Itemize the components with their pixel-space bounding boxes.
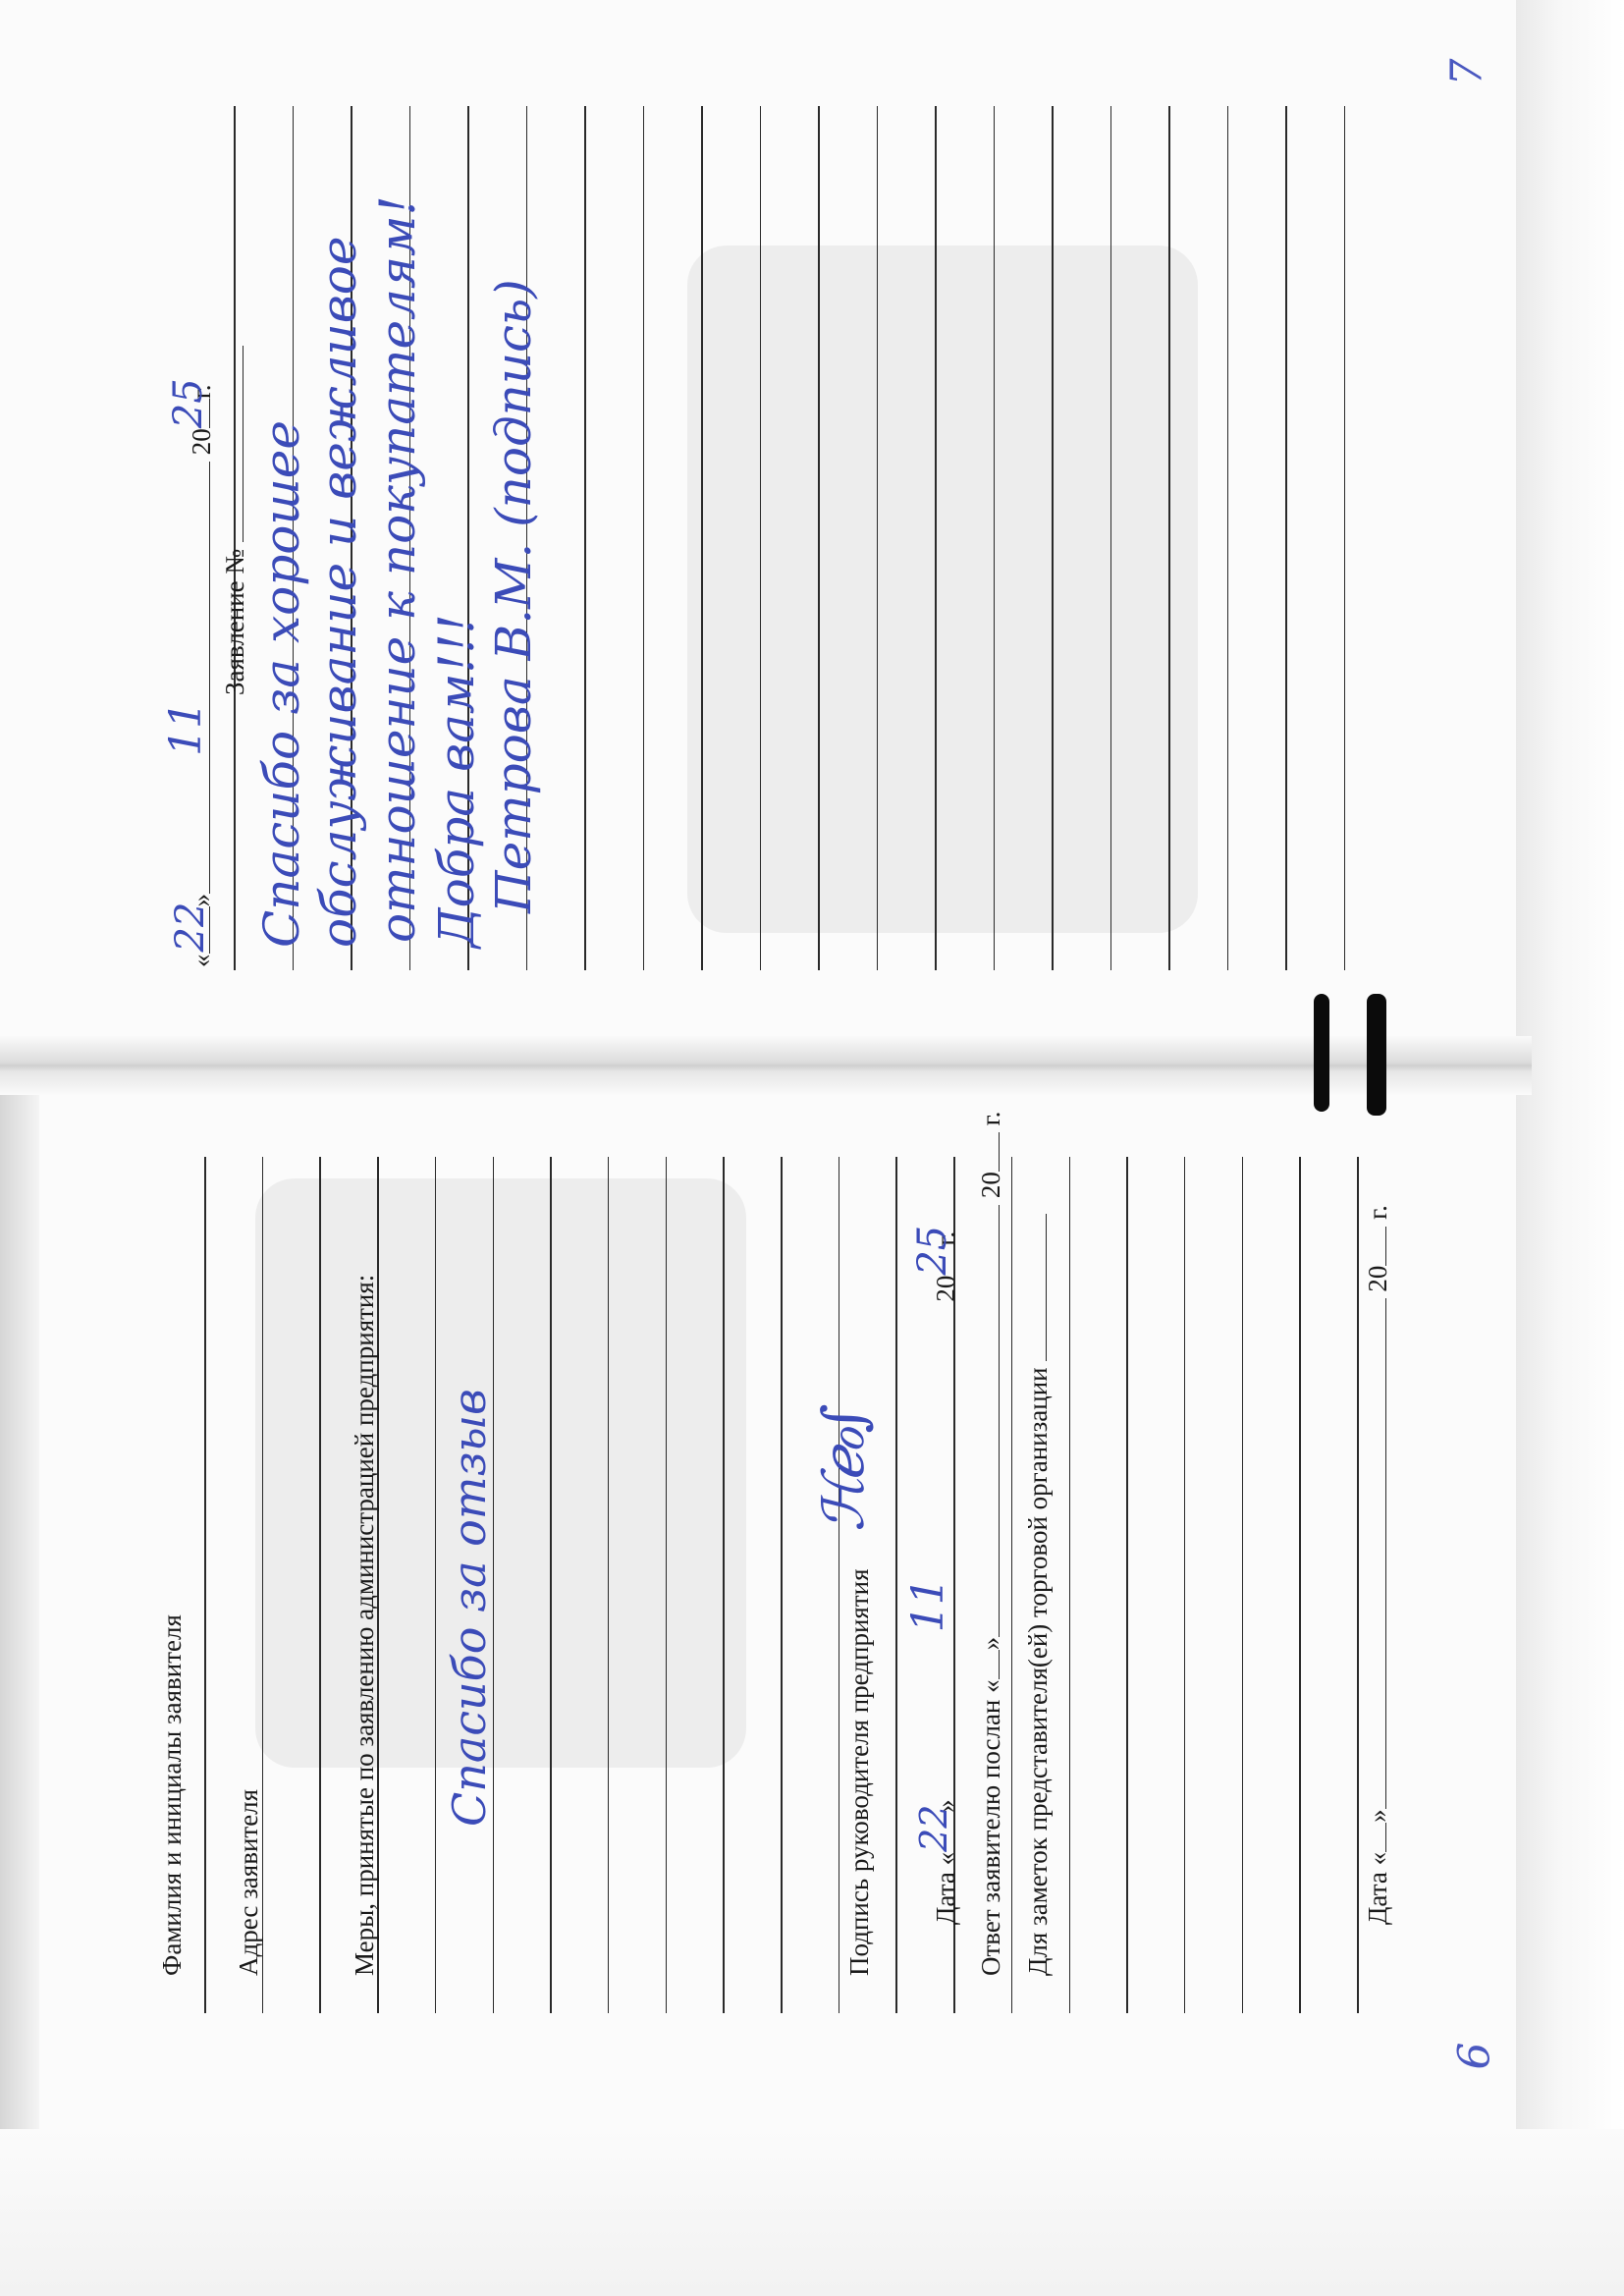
measures-handwritten-value: Спасибо за отзыв xyxy=(447,1389,492,1827)
response-date-line: Дата «22»11 2025г. xyxy=(933,1231,959,1925)
bleed-through-marks xyxy=(687,246,1198,933)
ruled-line xyxy=(1011,1157,1013,2013)
statement-date-header: «22»11 2025г. xyxy=(189,384,215,967)
ruled-line xyxy=(204,1157,206,2013)
page-number-right: 7 xyxy=(1442,59,1492,86)
ruled-line xyxy=(608,1157,610,2013)
ruled-line xyxy=(1168,106,1170,970)
ruled-line xyxy=(666,1157,668,2013)
ruled-line xyxy=(1126,1157,1128,2013)
ruled-line xyxy=(701,106,703,970)
ruled-line xyxy=(1052,106,1054,970)
ruled-line xyxy=(895,1157,897,2013)
ruled-line xyxy=(584,106,586,970)
ruled-line xyxy=(1344,106,1346,970)
statement-number-label: Заявление № xyxy=(222,346,248,695)
ruled-line xyxy=(1069,1157,1071,2013)
ruled-line xyxy=(1285,106,1287,970)
ruled-line xyxy=(781,1157,783,2013)
ruled-line xyxy=(818,106,820,970)
ruled-line xyxy=(435,1157,437,2013)
ruled-line xyxy=(550,1157,552,2013)
ruled-line xyxy=(723,1157,725,2013)
applicant-name-label: Фамилия и инициалы заявителя xyxy=(159,1614,186,1976)
page-edge-shadow xyxy=(0,1036,39,2296)
measures-label: Меры, принятые по заявлению администраци… xyxy=(352,1275,378,1976)
ruled-line xyxy=(1357,1157,1359,2013)
book-spine xyxy=(0,1036,1532,1095)
bleed-through-marks xyxy=(255,1178,746,1768)
manager-signature: ℋℯℴ∫ xyxy=(815,1409,872,1532)
ruled-line xyxy=(1227,106,1229,970)
page-number-left: 6 xyxy=(1450,2043,1500,2070)
ruled-line xyxy=(643,106,645,970)
ruled-line xyxy=(877,106,879,970)
reply-sent-line: Ответ заявителю послан «» 20 г. xyxy=(978,1112,1004,1976)
manager-signature-label: Подпись руководителя предприятия xyxy=(846,1569,873,1977)
ruled-line xyxy=(760,106,762,970)
statement-line: Петрова В.М. (подпись) xyxy=(489,279,538,913)
date-month-field: 11 xyxy=(208,462,210,894)
ruled-line xyxy=(1242,1157,1244,2013)
book-edge-shadow xyxy=(1516,0,1624,2296)
date-year-field: 25 xyxy=(208,399,210,428)
ruled-line xyxy=(1299,1157,1301,2013)
ruled-line xyxy=(935,106,937,970)
notes-label: Для заметок представителя(ей) торговой о… xyxy=(1025,1214,1052,1976)
bottom-margin xyxy=(0,2129,1624,2296)
statement-line: Спасибо за хорошее xyxy=(257,420,306,948)
ruled-line xyxy=(1184,1157,1186,2013)
notes-date-line: Дата «» 20 г. xyxy=(1365,1205,1391,1925)
statement-line: отношение к покупателям! xyxy=(373,195,422,943)
ruled-line xyxy=(994,106,996,970)
applicant-address-label: Адрес заявителя xyxy=(236,1789,262,1976)
ruled-line xyxy=(1110,106,1112,970)
binding-staple xyxy=(1314,994,1329,1112)
statement-number-field xyxy=(242,346,244,542)
binding-staple xyxy=(1367,994,1386,1116)
ruled-line xyxy=(319,1157,321,2013)
date-day-field: 22 xyxy=(208,907,210,955)
ruled-line xyxy=(839,1157,840,2013)
statement-line: Добра вам!!! xyxy=(432,614,481,948)
statement-line: обслуживание и вежливое xyxy=(314,237,363,949)
